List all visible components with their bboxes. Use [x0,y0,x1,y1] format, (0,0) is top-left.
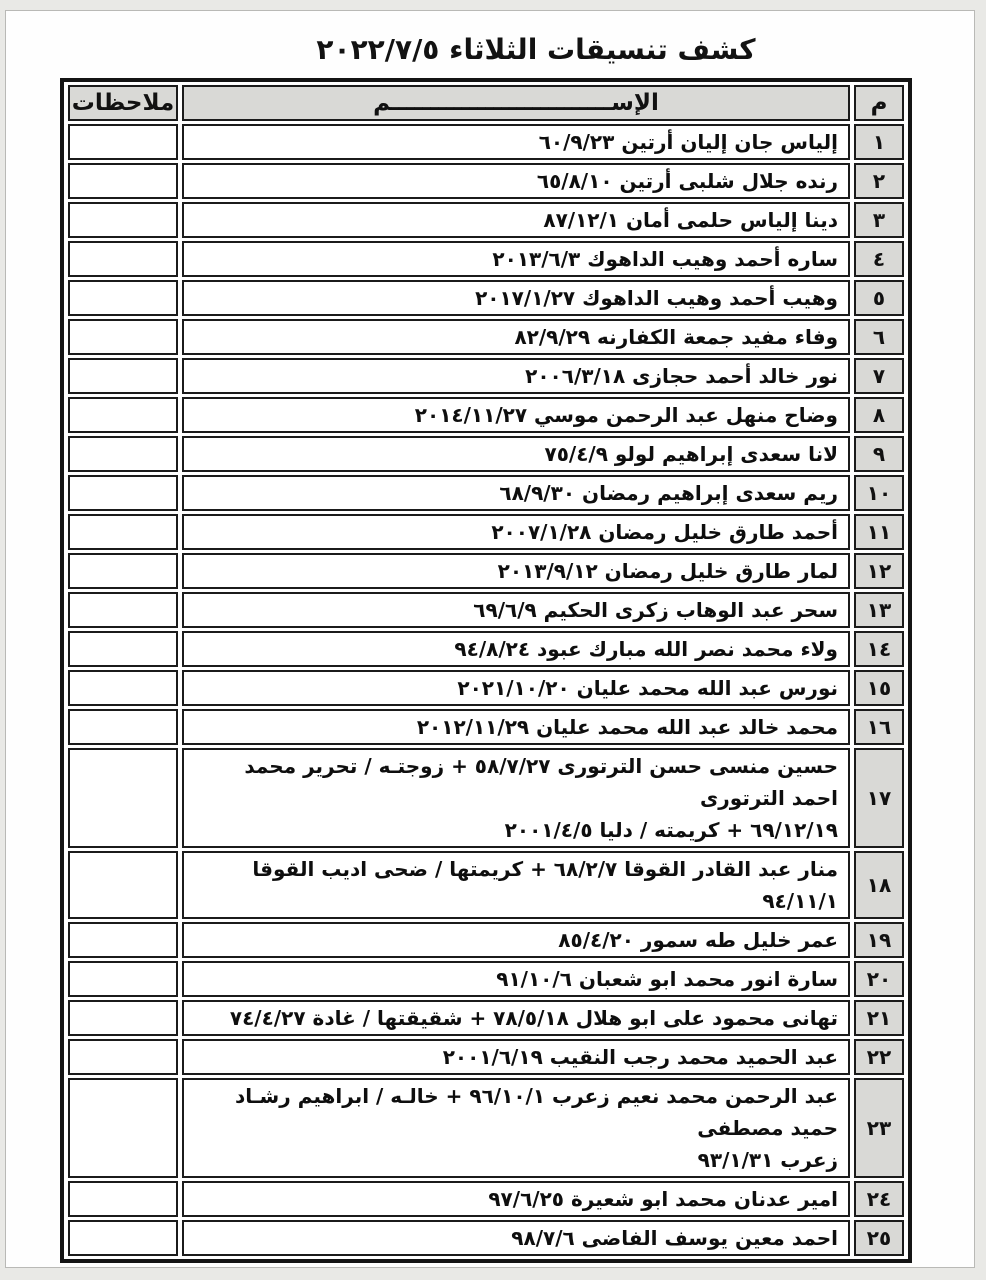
row-name-cell: لمار طارق خليل رمضان ٢٠١٣/٩/١٢ [182,553,850,589]
row-name-cell: نورس عبد الله محمد عليان ٢٠٢١/١٠/٢٠ [182,670,850,706]
table-row: ١١ أحمد طارق خليل رمضان ٢٠٠٧/١/٢٨ [68,514,904,550]
row-number-cell: ٢١ [854,1000,904,1036]
column-header-name: الإســــــــــــــــــــــــــــم [182,85,850,121]
row-number-cell: ٣ [854,202,904,238]
row-notes-cell [68,124,178,160]
table-row: ١٩ عمر خليل طه سمور ٨٥/٤/٢٠ [68,922,904,958]
row-number-cell: ٤ [854,241,904,277]
roster-table: م الإســــــــــــــــــــــــــــم ملاح… [60,78,912,1263]
row-name-cell: أحمد طارق خليل رمضان ٢٠٠٧/١/٢٨ [182,514,850,550]
table-row: ٢٥ احمد معين يوسف الفاضى ٩٨/٧/٦ [68,1220,904,1256]
row-name-cell: ولاء محمد نصر الله مبارك عبود ٩٤/٨/٢٤ [182,631,850,667]
row-notes-cell [68,202,178,238]
row-name-cell: امير عدنان محمد ابو شعيرة ٩٧/٦/٢٥ [182,1181,850,1217]
table-row: ١ إلياس جان إليان أرتين ٦٠/٩/٢٣ [68,124,904,160]
row-name-cell: نور خالد أحمد حجازى ٢٠٠٦/٣/١٨ [182,358,850,394]
table-row: ٤ ساره أحمد وهيب الداهوك ٢٠١٣/٦/٣ [68,241,904,277]
row-notes-cell [68,961,178,997]
table-row: ٢١ تهانى محمود على ابو هلال ٧٨/٥/١٨ + شق… [68,1000,904,1036]
row-notes-cell [68,514,178,550]
table-row: ١٦ محمد خالد عبد الله محمد عليان ٢٠١٢/١١… [68,709,904,745]
column-header-notes: ملاحظات [68,85,178,121]
row-name-cell: عبد الحميد محمد رجب النقيب ٢٠٠١/٦/١٩ [182,1039,850,1075]
row-name-cell: حسين منسى حسن الترتورى ٥٨/٧/٢٧ + زوجتـه … [182,748,850,848]
row-name-cell: وهيب أحمد وهيب الداهوك ٢٠١٧/١/٢٧ [182,280,850,316]
row-number-cell: ١ [854,124,904,160]
table-row: ٦ وفاء مفيد جمعة الكفارنه ٨٢/٩/٢٩ [68,319,904,355]
row-notes-cell [68,1220,178,1256]
row-notes-cell [68,475,178,511]
table-row: ١٠ ريم سعدى إبراهيم رمضان ٦٨/٩/٣٠ [68,475,904,511]
table-row: ٢٢ عبد الحميد محمد رجب النقيب ٢٠٠١/٦/١٩ [68,1039,904,1075]
row-notes-cell [68,436,178,472]
row-notes-cell [68,851,178,919]
row-number-cell: ١٩ [854,922,904,958]
row-notes-cell [68,592,178,628]
row-notes-cell [68,163,178,199]
table-row: ١٨ منار عبد القادر القوقا ٦٨/٢/٧ + كريمت… [68,851,904,919]
column-header-number: م [854,85,904,121]
row-name-cell: ساره أحمد وهيب الداهوك ٢٠١٣/٦/٣ [182,241,850,277]
row-name-cell: رنده جلال شلبى أرتين ٦٥/٨/١٠ [182,163,850,199]
row-name-cell: سحر عبد الوهاب زكرى الحكيم ٦٩/٦/٩ [182,592,850,628]
row-number-cell: ٦ [854,319,904,355]
row-notes-cell [68,631,178,667]
row-name-cell: محمد خالد عبد الله محمد عليان ٢٠١٢/١١/٢٩ [182,709,850,745]
table-body: ١ إلياس جان إليان أرتين ٦٠/٩/٢٣ ٢ رنده ج… [68,124,904,1256]
row-notes-cell [68,1181,178,1217]
row-name-cell: احمد معين يوسف الفاضى ٩٨/٧/٦ [182,1220,850,1256]
table-row: ٨ وضاح منهل عبد الرحمن موسي ٢٠١٤/١١/٢٧ [68,397,904,433]
table-row: ١٤ ولاء محمد نصر الله مبارك عبود ٩٤/٨/٢٤ [68,631,904,667]
table-row: ٩ لانا سعدى إبراهيم لولو ٧٥/٤/٩ [68,436,904,472]
row-notes-cell [68,358,178,394]
row-notes-cell [68,1000,178,1036]
table-row: ٣ دينا إلياس حلمى أمان ٨٧/١٢/١ [68,202,904,238]
row-name-cell: وضاح منهل عبد الرحمن موسي ٢٠١٤/١١/٢٧ [182,397,850,433]
row-name-cell: تهانى محمود على ابو هلال ٧٨/٥/١٨ + شقيقت… [182,1000,850,1036]
row-name-cell: عمر خليل طه سمور ٨٥/٤/٢٠ [182,922,850,958]
document-page: كشف تنسيقات الثلاثاء ٢٠٢٢/٧/٥ م الإســــ… [5,10,975,1268]
table-header: م الإســــــــــــــــــــــــــــم ملاح… [68,85,904,121]
row-notes-cell [68,1078,178,1178]
table-row: ٢٤ امير عدنان محمد ابو شعيرة ٩٧/٦/٢٥ [68,1181,904,1217]
row-number-cell: ٢ [854,163,904,199]
row-number-cell: ٨ [854,397,904,433]
row-name-cell: عبد الرحمن محمد نعيم زعرب ٩٦/١٠/١ + خالـ… [182,1078,850,1178]
row-number-cell: ١٥ [854,670,904,706]
row-name-cell: وفاء مفيد جمعة الكفارنه ٨٢/٩/٢٩ [182,319,850,355]
row-number-cell: ١٧ [854,748,904,848]
row-name-cell: إلياس جان إليان أرتين ٦٠/٩/٢٣ [182,124,850,160]
row-number-cell: ١٣ [854,592,904,628]
row-number-cell: ٩ [854,436,904,472]
row-number-cell: ١٠ [854,475,904,511]
row-notes-cell [68,553,178,589]
table-row: ٧ نور خالد أحمد حجازى ٢٠٠٦/٣/١٨ [68,358,904,394]
row-number-cell: ٢٥ [854,1220,904,1256]
row-name-cell: سارة انور محمد ابو شعبان ٩١/١٠/٦ [182,961,850,997]
row-number-cell: ١٤ [854,631,904,667]
table-row: ٢٠ سارة انور محمد ابو شعبان ٩١/١٠/٦ [68,961,904,997]
row-number-cell: ٢٤ [854,1181,904,1217]
row-name-cell: لانا سعدى إبراهيم لولو ٧٥/٤/٩ [182,436,850,472]
table-row: ٢٣ عبد الرحمن محمد نعيم زعرب ٩٦/١٠/١ + خ… [68,1078,904,1178]
row-notes-cell [68,280,178,316]
row-notes-cell [68,1039,178,1075]
header-row: م الإســــــــــــــــــــــــــــم ملاح… [68,85,904,121]
row-number-cell: ٢٢ [854,1039,904,1075]
row-notes-cell [68,397,178,433]
row-number-cell: ٧ [854,358,904,394]
row-notes-cell [68,922,178,958]
table-row: ١٧ حسين منسى حسن الترتورى ٥٨/٧/٢٧ + زوجت… [68,748,904,848]
table-row: ١٣ سحر عبد الوهاب زكرى الحكيم ٦٩/٦/٩ [68,592,904,628]
row-name-cell: منار عبد القادر القوقا ٦٨/٢/٧ + كريمتها … [182,851,850,919]
row-name-cell: ريم سعدى إبراهيم رمضان ٦٨/٩/٣٠ [182,475,850,511]
row-number-cell: ٢٠ [854,961,904,997]
row-number-cell: ١٦ [854,709,904,745]
row-number-cell: ٢٣ [854,1078,904,1178]
document-title: كشف تنسيقات الثلاثاء ٢٠٢٢/٧/٥ [52,33,986,66]
table-row: ٥ وهيب أحمد وهيب الداهوك ٢٠١٧/١/٢٧ [68,280,904,316]
row-name-cell: دينا إلياس حلمى أمان ٨٧/١٢/١ [182,202,850,238]
row-notes-cell [68,709,178,745]
row-notes-cell [68,319,178,355]
table-row: ١٢ لمار طارق خليل رمضان ٢٠١٣/٩/١٢ [68,553,904,589]
row-number-cell: ١٨ [854,851,904,919]
row-notes-cell [68,748,178,848]
row-number-cell: ٥ [854,280,904,316]
table-row: ١٥ نورس عبد الله محمد عليان ٢٠٢١/١٠/٢٠ [68,670,904,706]
table-row: ٢ رنده جلال شلبى أرتين ٦٥/٨/١٠ [68,163,904,199]
row-number-cell: ١١ [854,514,904,550]
row-number-cell: ١٢ [854,553,904,589]
row-notes-cell [68,670,178,706]
row-notes-cell [68,241,178,277]
